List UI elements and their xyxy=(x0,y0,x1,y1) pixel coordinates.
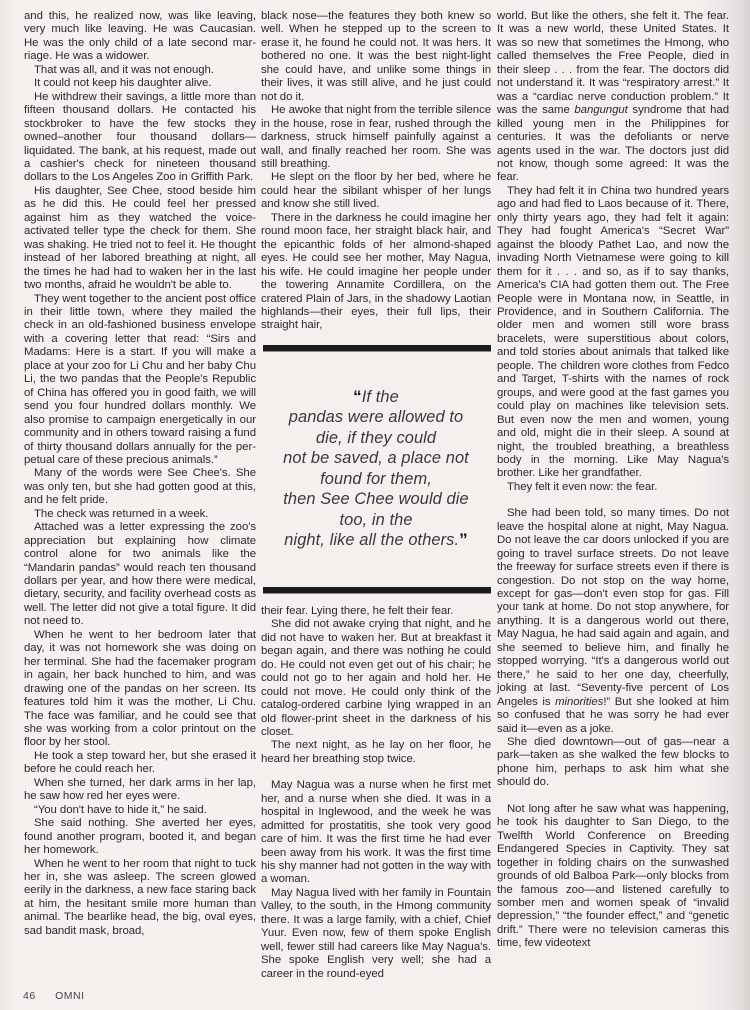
paragraph: May Nagua was a nurse when he first met … xyxy=(261,779,491,887)
paragraph: Attached was a letter expressing the zoo… xyxy=(24,521,256,629)
paragraph: She said nothing. She averted her eyes, … xyxy=(24,817,256,857)
paragraph: “You don't have to hide it,” he said. xyxy=(24,804,256,817)
paragraph: Many of the words were See Chee's. She w… xyxy=(24,467,256,507)
paragraph: He slept on the floor by her bed, where … xyxy=(261,171,491,211)
open-quote-mark: “ xyxy=(353,387,362,406)
page-footer: 46 OMNI xyxy=(23,990,101,1002)
paragraph: world. But like the others, she felt it.… xyxy=(497,10,729,185)
close-quote-mark: ” xyxy=(459,530,468,549)
text-column-2: black nose—the features they both knew s… xyxy=(261,10,491,981)
paragraph: He awoke that night from the terrible si… xyxy=(261,104,491,171)
paragraph: When he went to her room that night to t… xyxy=(24,858,256,939)
paragraph: and this, he realized now, was like leav… xyxy=(24,10,256,64)
paragraph: They had felt it in China two hundred ye… xyxy=(497,185,729,481)
paragraph: The next night, as he lay on her floor, … xyxy=(261,739,491,766)
pull-quote-line: pandas were allowed to xyxy=(289,408,463,426)
pull-quote-bottom-rule xyxy=(263,587,491,593)
text-column-3: world. But like the others, she felt it.… xyxy=(497,10,729,951)
magazine-page: and this, he realized now, was like leav… xyxy=(0,0,750,1010)
pull-quote-line: night, like all the others. xyxy=(284,531,459,549)
paragraph: It could not keep his daughter alive. xyxy=(24,77,256,90)
paragraph: their fear. Lying there, he felt their f… xyxy=(261,605,491,618)
paragraph: They felt it even now: the fear. xyxy=(497,481,729,494)
paragraph: When she turned, her dark arms in her la… xyxy=(24,777,256,804)
paragraph: There in the darkness he could imagine h… xyxy=(261,212,491,333)
paragraph: When he went to her bedroom later that d… xyxy=(24,629,256,750)
paragraph: They went together to the ancient post o… xyxy=(24,293,256,468)
column-2-continuation: their fear. Lying there, he felt their f… xyxy=(261,605,491,981)
paragraph: Not long after he saw what was happen­in… xyxy=(497,803,729,951)
paragraph: That was all, and it was not enough. xyxy=(24,64,256,77)
paragraph-text: She had been told, so many times. Do not… xyxy=(497,507,729,707)
italic-term: bangungut xyxy=(574,104,627,116)
italic-term: minorities xyxy=(555,696,603,708)
paragraph-text: world. But like the others, she felt it.… xyxy=(497,10,729,116)
pull-quote-line: If the xyxy=(362,388,399,406)
paragraph: She died downtown—out of gas—near a park… xyxy=(497,736,729,790)
magazine-name: OMNI xyxy=(55,990,84,1002)
pull-quote-line: found for them, xyxy=(320,470,432,488)
paragraph: black nose—the features they both knew s… xyxy=(261,10,491,104)
text-column-1: and this, he realized now, was like leav… xyxy=(24,10,256,938)
pull-quote-line: not be saved, a place not xyxy=(283,449,469,467)
paragraph: May Nagua lived with her family in Foun­… xyxy=(261,887,491,981)
paragraph: The check was returned in a week. xyxy=(24,508,256,521)
pull-quote-line: then See Chee would die xyxy=(283,490,468,508)
pull-quote-line: too, in the xyxy=(339,511,412,529)
paragraph: She did not awake crying that night, and… xyxy=(261,618,491,739)
pull-quote-line: die, if they could xyxy=(316,429,436,447)
pull-quote: “If the pandas were allowed to die, if t… xyxy=(261,351,491,587)
paragraph: He took a step toward her, but she erase… xyxy=(24,750,256,777)
paragraph: She had been told, so many times. Do not… xyxy=(497,507,729,736)
paragraph: He withdrew their savings, a little more… xyxy=(24,91,256,185)
page-number: 46 xyxy=(23,990,36,1002)
paragraph: His daughter, See Chee, stood beside him… xyxy=(24,185,256,293)
